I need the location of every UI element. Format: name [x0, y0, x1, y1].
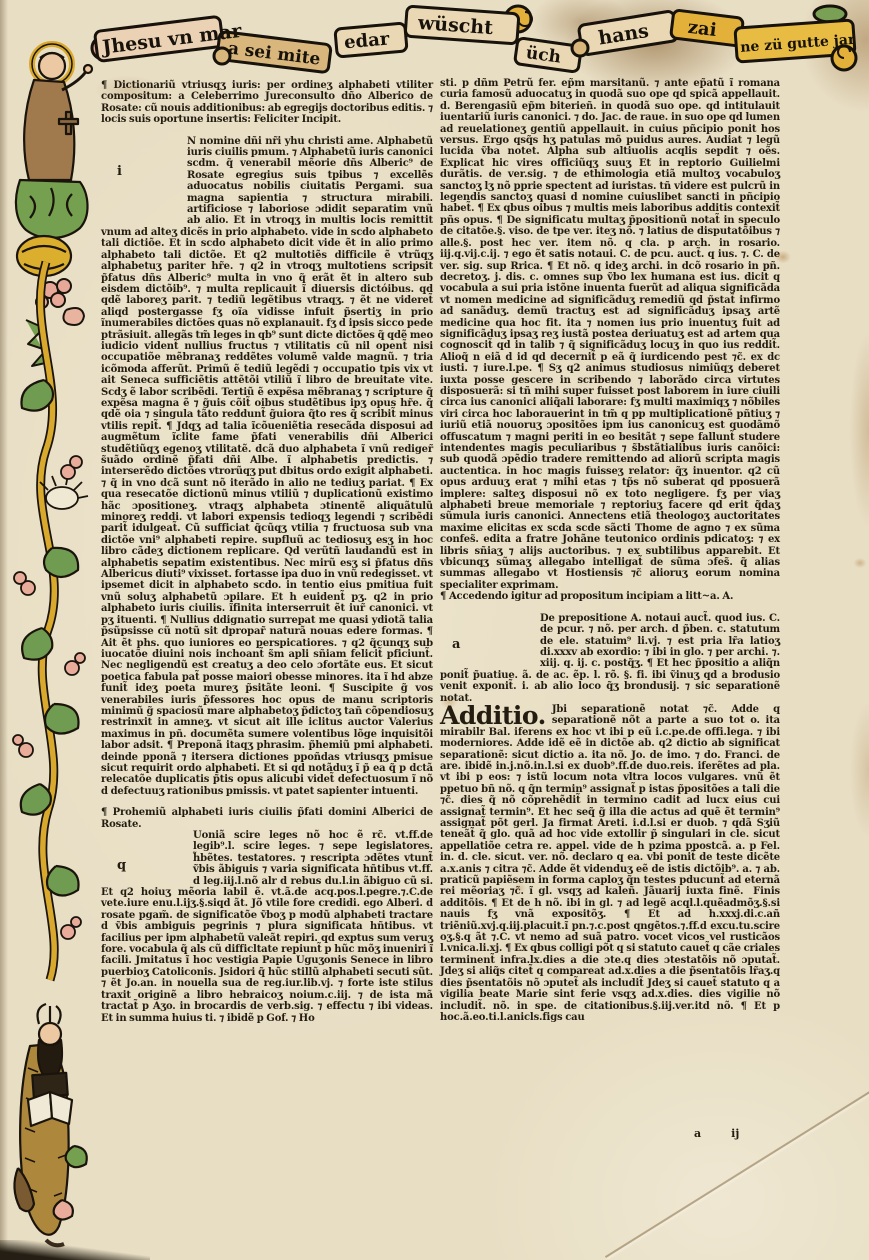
- main-text-right: sti. p dñm Petrũ fer. ep̃m marsitanũ. ⁊ …: [440, 78, 780, 591]
- wild-man-figure: [14, 1004, 86, 1245]
- banner-text-3: edar: [343, 28, 390, 53]
- initial-space: q: [101, 830, 193, 887]
- illuminated-border: [6, 28, 98, 1254]
- signature-letter: a: [694, 1127, 701, 1140]
- banner-text-7: zai: [687, 17, 718, 41]
- prohemium-heading: ¶ Prohemiũ alphabeti iuris ciuilis p̃fat…: [101, 807, 433, 830]
- text-column-left: ¶ Dictionariũ vtriusqʒ iuris: per ordine…: [101, 80, 433, 1024]
- additio-heading: Additio.: [440, 704, 552, 726]
- thistle-flower: [40, 475, 88, 509]
- banner-scroll: Jhesu vn mar a sei mite edar wüscht üch …: [88, 2, 866, 78]
- incipit-paragraph: ¶ Dictionariũ vtriusqʒ iuris: per ordine…: [101, 80, 433, 126]
- signature-numeral: ij: [731, 1127, 739, 1140]
- flower-cluster-top: [26, 279, 84, 366]
- main-text-left: iN nomine dñi nr̃i yhu christi ame. Alph…: [101, 136, 433, 798]
- text-column-right: sti. p dñm Petrũ fer. ep̃m marsitanũ. ⁊ …: [440, 78, 780, 1023]
- guide-letter-q: q: [117, 860, 126, 871]
- accedendo-line: ¶ Accedendo igitur ad propositum incipia…: [440, 591, 780, 602]
- guide-letter-a: a: [452, 639, 460, 650]
- scanned-book-page: Jhesu vn mar a sei mite edar wüscht üch …: [0, 0, 869, 1260]
- bird-bud: [63, 308, 84, 325]
- initial-space: i: [101, 136, 187, 216]
- initial-space: a: [440, 613, 540, 670]
- bottom-left-scan-shadow: [0, 1240, 150, 1260]
- additio-paragraph: Additio.Jbi separationẽ notat ⁊c̃. Adde …: [440, 704, 780, 1023]
- guide-letter-i: i: [117, 166, 122, 177]
- quire-signature: a ij: [694, 1127, 739, 1140]
- child-figure: [16, 44, 92, 276]
- prepositione-paragraph: aDe prepositione A. notaui auct̃. quod i…: [440, 613, 780, 704]
- prohemium-paragraph: qUoniã scire leges nõ hoc ẽ rc̃. vt.ff.d…: [101, 830, 433, 1024]
